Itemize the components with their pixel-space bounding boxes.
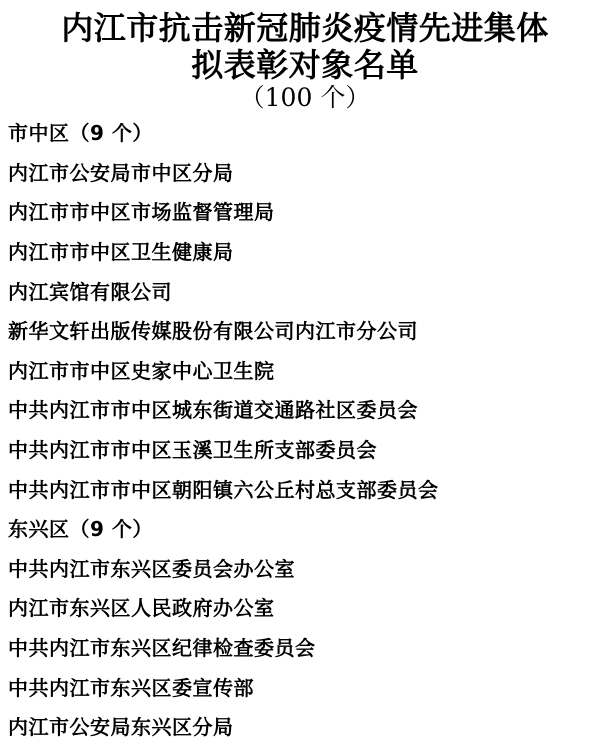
document-header: 内江市抗击新冠肺炎疫情先进集体 拟表彰对象名单 （100 个）: [0, 0, 610, 112]
org-list: 市中区（9 个） 内江市公安局市中区分局 内江市市中区市场监督管理局 内江市市中…: [0, 112, 610, 746]
org-item: 内江市公安局市中区分局: [8, 152, 610, 192]
document-title-line-1: 内江市抗击新冠肺炎疫情先进集体: [0, 10, 610, 47]
document-count-note: （100 个）: [0, 84, 610, 112]
org-item: 中共内江市东兴区委宣传部: [8, 666, 610, 706]
org-item: 内江市市中区卫生健康局: [8, 231, 610, 271]
document-title-line-2: 拟表彰对象名单: [0, 47, 610, 84]
section-header-dongxingqu: 东兴区（9 个）: [8, 508, 610, 548]
org-item: 内江市市中区市场监督管理局: [8, 191, 610, 231]
org-item: 内江市东兴区人民政府办公室: [8, 587, 610, 627]
section-header-shizhongqu: 市中区（9 个）: [8, 112, 610, 152]
org-item: 内江市市中区史家中心卫生院: [8, 350, 610, 390]
org-item: 内江宾馆有限公司: [8, 270, 610, 310]
org-item: 新华文轩出版传媒股份有限公司内江市分公司: [8, 310, 610, 350]
org-item: 中共内江市东兴区纪律检查委员会: [8, 627, 610, 667]
org-item: 中共内江市市中区城东街道交通路社区委员会: [8, 389, 610, 429]
org-item: 内江市公安局东兴区分局: [8, 706, 610, 746]
org-item: 中共内江市市中区玉溪卫生所支部委员会: [8, 429, 610, 469]
org-item: 中共内江市东兴区委员会办公室: [8, 548, 610, 588]
org-item: 中共内江市市中区朝阳镇六公丘村总支部委员会: [8, 468, 610, 508]
